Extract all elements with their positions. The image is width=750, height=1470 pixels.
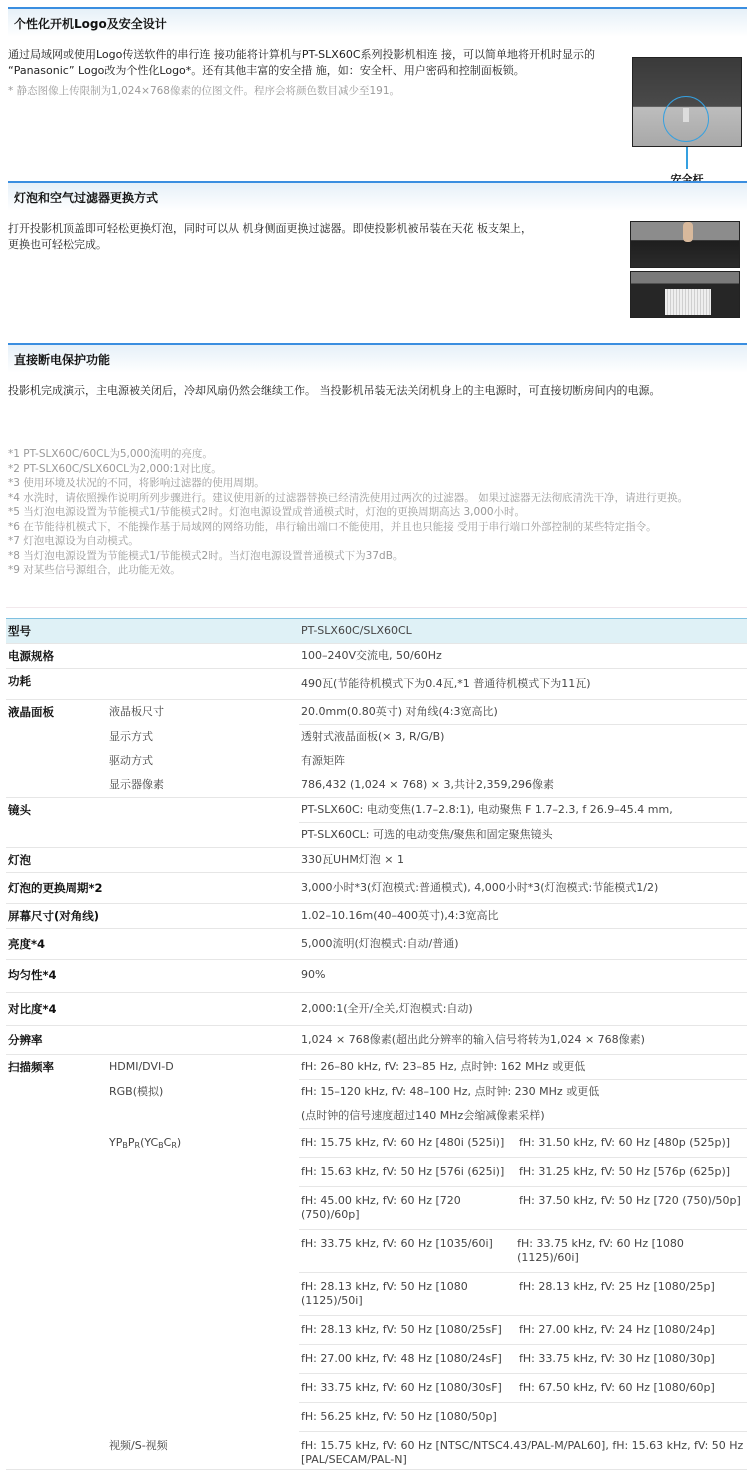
footnote: *3 使用环境及状况的不同，将影响过滤器的使用周期。: [8, 476, 742, 491]
row-value: fH: 56.25 kHz, fV: 50 Hz [1080/50p]: [299, 1403, 747, 1432]
row-value: fH: 15.75 kHz, fV: 60 Hz [NTSC/NTSC4.43/…: [299, 1432, 747, 1470]
footnote: *8 当灯泡电源设置为节能模式1/节能模式2时。当灯泡电源设置普通模式下为37d…: [8, 549, 742, 564]
table-row-scan-ypbpr: fH: 56.25 kHz, fV: 50 Hz [1080/50p]: [6, 1403, 747, 1432]
row-value: fH: 45.00 kHz, fV: 60 Hz [720 (750)/60p]…: [299, 1187, 747, 1230]
row-sublabel: 显示器像素: [109, 773, 299, 798]
table-row-lamp: 灯泡 330瓦UHM灯泡 × 1: [6, 848, 747, 873]
filter-replacement-photo-icon: [630, 271, 740, 318]
row-sublabel: 视频/S-视频: [109, 1432, 299, 1470]
spec-table-wrapper: 型号 PT-SLX60C/SLX60CL 电源规格 100–240V交流电, 5…: [6, 607, 747, 1470]
row-value: 1.02–10.16m(40–400英寸),4:3宽高比: [299, 904, 747, 929]
row-value: 100–240V交流电, 50/60Hz: [299, 644, 747, 669]
table-row-scan-ypbpr: fH: 45.00 kHz, fV: 60 Hz [720 (750)/60p]…: [6, 1187, 747, 1230]
table-row-scan-rgb: RGB(模拟) fH: 15–120 kHz, fV: 48–100 Hz, 点…: [6, 1080, 747, 1105]
table-row-consumption: 功耗 490瓦(节能待机模式下为0.4瓦,*1 普通待机模式下为11瓦): [6, 669, 747, 700]
table-row-brightness: 亮度*4 5,000流明(灯泡模式:自动/普通): [6, 929, 747, 960]
table-row-scan-ypbpr: YPBPR(YCBCR) fH: 15.75 kHz, fV: 60 Hz [4…: [6, 1129, 747, 1158]
row-value: 3,000小时*3(灯泡模式:普通模式), 4,000小时*3(灯泡模式:节能模…: [299, 873, 747, 904]
table-row-lcd: 液晶面板 液晶板尺寸 20.0mm(0.80英寸) 对角线(4:3宽高比): [6, 700, 747, 725]
row-label: 型号: [6, 619, 109, 644]
row-value: 1,024 × 768像素(超出此分辨率的输入信号将转为1,024 × 768像…: [299, 1026, 747, 1055]
table-row-power: 电源规格 100–240V交流电, 50/60Hz: [6, 644, 747, 669]
row-label: 镜头: [6, 798, 109, 823]
table-row-lcd: 显示器像素 786,432 (1,024 × 768) × 3,共计2,359,…: [6, 773, 747, 798]
section-body-line: 打开投影机顶盖即可轻松更换灯泡，同时可以从 机身侧面更换过滤器。即使投影机被吊装…: [8, 221, 568, 237]
section-body-line: 更换也可轻松完成。: [8, 237, 568, 253]
footnotes: *1 PT-SLX60C/60CL为5,000流明的亮度。 *2 PT-SLX6…: [0, 437, 750, 607]
footnote: *7 灯泡电源设为自动模式。: [8, 534, 742, 549]
row-value: fH: 33.75 kHz, fV: 60 Hz [1080/30sF]fH: …: [299, 1374, 747, 1403]
row-label: 分辨率: [6, 1026, 109, 1055]
footnote: *9 对某些信号源组合，此功能无效。: [8, 563, 742, 578]
table-row-scan-ypbpr: fH: 28.13 kHz, fV: 50 Hz [1080/25sF]fH: …: [6, 1316, 747, 1345]
table-row-scan-hdmi: 扫描频率 HDMI/DVI-D fH: 26–80 kHz, fV: 23–85…: [6, 1055, 747, 1080]
table-row-scan-ypbpr: fH: 33.75 kHz, fV: 60 Hz [1035/60i]fH: 3…: [6, 1230, 747, 1273]
security-bar-photo-icon: [632, 57, 742, 147]
row-value: 490瓦(节能待机模式下为0.4瓦,*1 普通待机模式下为11瓦): [299, 669, 747, 700]
table-row-resolution: 分辨率 1,024 × 768像素(超出此分辨率的输入信号将转为1,024 × …: [6, 1026, 747, 1055]
section-body: 投影机完成演示，主电源被关闭后，冷却风扇仍然会继续工作。 当投影机吊装无法关闭机…: [8, 383, 742, 399]
row-label: 扫描频率: [6, 1055, 109, 1080]
row-sublabel: 驱动方式: [109, 749, 299, 773]
table-row-uniformity: 均匀性*4 90%: [6, 960, 747, 993]
table-row-scan-rgb: (点时钟的信号速度超过140 MHz会缩减像素采样): [6, 1104, 747, 1129]
row-label: 亮度*4: [6, 929, 109, 960]
row-label: 灯泡: [6, 848, 109, 873]
row-value: 90%: [299, 960, 747, 993]
row-value: 2,000:1(全开/全关,灯泡模式:自动): [299, 993, 747, 1026]
row-label: 功耗: [6, 669, 109, 700]
footnote: *5 当灯泡电源设置为节能模式1/节能模式2时。灯泡电源设置成普通模式时，灯泡的…: [8, 505, 742, 520]
lamp-replacement-photo-icon: [630, 221, 740, 268]
row-label: 屏幕尺寸(对角线): [6, 904, 109, 929]
security-bar-figure: 安全杆: [632, 57, 742, 187]
row-sublabel: RGB(模拟): [109, 1080, 299, 1105]
section-logo-security: 个性化开机Logo及安全设计 通过局域网或使用Logo传送软件的串行连 接功能将…: [0, 7, 750, 181]
row-value: fH: 28.13 kHz, fV: 50 Hz [1080/25sF]fH: …: [299, 1316, 747, 1345]
table-row-scan-ypbpr: fH: 27.00 kHz, fV: 48 Hz [1080/24sF]fH: …: [6, 1345, 747, 1374]
row-value: fH: 26–80 kHz, fV: 23–85 Hz, 点时钟: 162 MH…: [299, 1055, 747, 1080]
row-value: PT-SLX60C/SLX60CL: [299, 619, 747, 644]
spec-table: 型号 PT-SLX60C/SLX60CL 电源规格 100–240V交流电, 5…: [6, 618, 747, 1470]
row-label: 电源规格: [6, 644, 109, 669]
row-label: 均匀性*4: [6, 960, 109, 993]
row-value: 5,000流明(灯泡模式:自动/普通): [299, 929, 747, 960]
table-row-lens: PT-SLX60CL: 可选的电动变焦/聚焦和固定聚焦镜头: [6, 823, 747, 848]
row-value: fH: 33.75 kHz, fV: 60 Hz [1035/60i]fH: 3…: [299, 1230, 747, 1273]
row-label: 对比度*4: [6, 993, 109, 1026]
section-body: 通过局域网或使用Logo传送软件的串行连 接功能将计算机与PT-SLX60C系列…: [8, 47, 618, 79]
row-value: 330瓦UHM灯泡 × 1: [299, 848, 747, 873]
row-label: 灯泡的更换周期*2: [6, 873, 109, 904]
row-value: 透射式液晶面板(× 3, R/G/B): [299, 725, 747, 750]
row-value: 786,432 (1,024 × 768) × 3,共计2,359,296像素: [299, 773, 747, 798]
section-lamp-filter: 灯泡和空气过滤器更换方式 打开投影机顶盖即可轻松更换灯泡，同时可以从 机身侧面更…: [0, 181, 750, 343]
row-value: PT-SLX60C: 电动变焦(1.7–2.8:1), 电动聚焦 F 1.7–2…: [299, 798, 747, 823]
section-direct-power-off: 直接断电保护功能 投影机完成演示，主电源被关闭后，冷却风扇仍然会继续工作。 当投…: [0, 343, 750, 437]
row-value: PT-SLX60CL: 可选的电动变焦/聚焦和固定聚焦镜头: [299, 823, 747, 848]
row-value: fH: 15.75 kHz, fV: 60 Hz [480i (525i)]fH…: [299, 1129, 747, 1158]
section-title: 灯泡和空气过滤器更换方式: [8, 181, 747, 211]
footnote: *1 PT-SLX60C/60CL为5,000流明的亮度。: [8, 447, 742, 462]
table-row-scan-video: 视频/S-视频 fH: 15.75 kHz, fV: 60 Hz [NTSC/N…: [6, 1432, 747, 1470]
row-label: 液晶面板: [6, 700, 109, 725]
section-title: 个性化开机Logo及安全设计: [8, 7, 747, 37]
section-title: 直接断电保护功能: [8, 343, 747, 373]
row-sublabel: 显示方式: [109, 725, 299, 750]
table-row-lens: 镜头 PT-SLX60C: 电动变焦(1.7–2.8:1), 电动聚焦 F 1.…: [6, 798, 747, 823]
table-row-scan-ypbpr: fH: 33.75 kHz, fV: 60 Hz [1080/30sF]fH: …: [6, 1374, 747, 1403]
row-value: (点时钟的信号速度超过140 MHz会缩减像素采样): [299, 1104, 747, 1129]
table-row-scan-ypbpr: fH: 15.63 kHz, fV: 50 Hz [576i (625i)]fH…: [6, 1158, 747, 1187]
row-sublabel: HDMI/DVI-D: [109, 1055, 299, 1080]
footnote: *2 PT-SLX60C/SLX60CL为2,000:1对比度。: [8, 462, 742, 477]
row-value: fH: 15.63 kHz, fV: 50 Hz [576i (625i)]fH…: [299, 1158, 747, 1187]
table-row-lamp-cycle: 灯泡的更换周期*2 3,000小时*3(灯泡模式:普通模式), 4,000小时*…: [6, 873, 747, 904]
row-value: fH: 27.00 kHz, fV: 48 Hz [1080/24sF]fH: …: [299, 1345, 747, 1374]
table-row-lcd: 驱动方式 有源矩阵: [6, 749, 747, 773]
callout-line: [686, 147, 688, 169]
row-sublabel: 液晶板尺寸: [109, 700, 299, 725]
table-row-model: 型号 PT-SLX60C/SLX60CL: [6, 619, 747, 644]
row-value: 有源矩阵: [299, 749, 747, 773]
table-row-scan-ypbpr: fH: 28.13 kHz, fV: 50 Hz [1080 (1125)/50…: [6, 1273, 747, 1316]
table-row-contrast: 对比度*4 2,000:1(全开/全关,灯泡模式:自动): [6, 993, 747, 1026]
row-value: fH: 28.13 kHz, fV: 50 Hz [1080 (1125)/50…: [299, 1273, 747, 1316]
row-value: fH: 15–120 kHz, fV: 48–100 Hz, 点时钟: 230 …: [299, 1080, 747, 1105]
footnote: *6 在节能待机模式下，不能操作基于局域网的网络功能，串行输出端口不能使用，并且…: [8, 520, 742, 535]
row-value: 20.0mm(0.80英寸) 对角线(4:3宽高比): [299, 700, 747, 725]
replacement-figures: [630, 221, 740, 321]
footnote: *4 水洗时，请依照操作说明所列步骤进行。建议使用新的过滤器替换已经清洗使用过两…: [8, 491, 742, 506]
table-row-lcd: 显示方式 透射式液晶面板(× 3, R/G/B): [6, 725, 747, 750]
row-sublabel-ypbpr: YPBPR(YCBCR): [109, 1129, 299, 1158]
table-row-screen: 屏幕尺寸(对角线) 1.02–10.16m(40–400英寸),4:3宽高比: [6, 904, 747, 929]
